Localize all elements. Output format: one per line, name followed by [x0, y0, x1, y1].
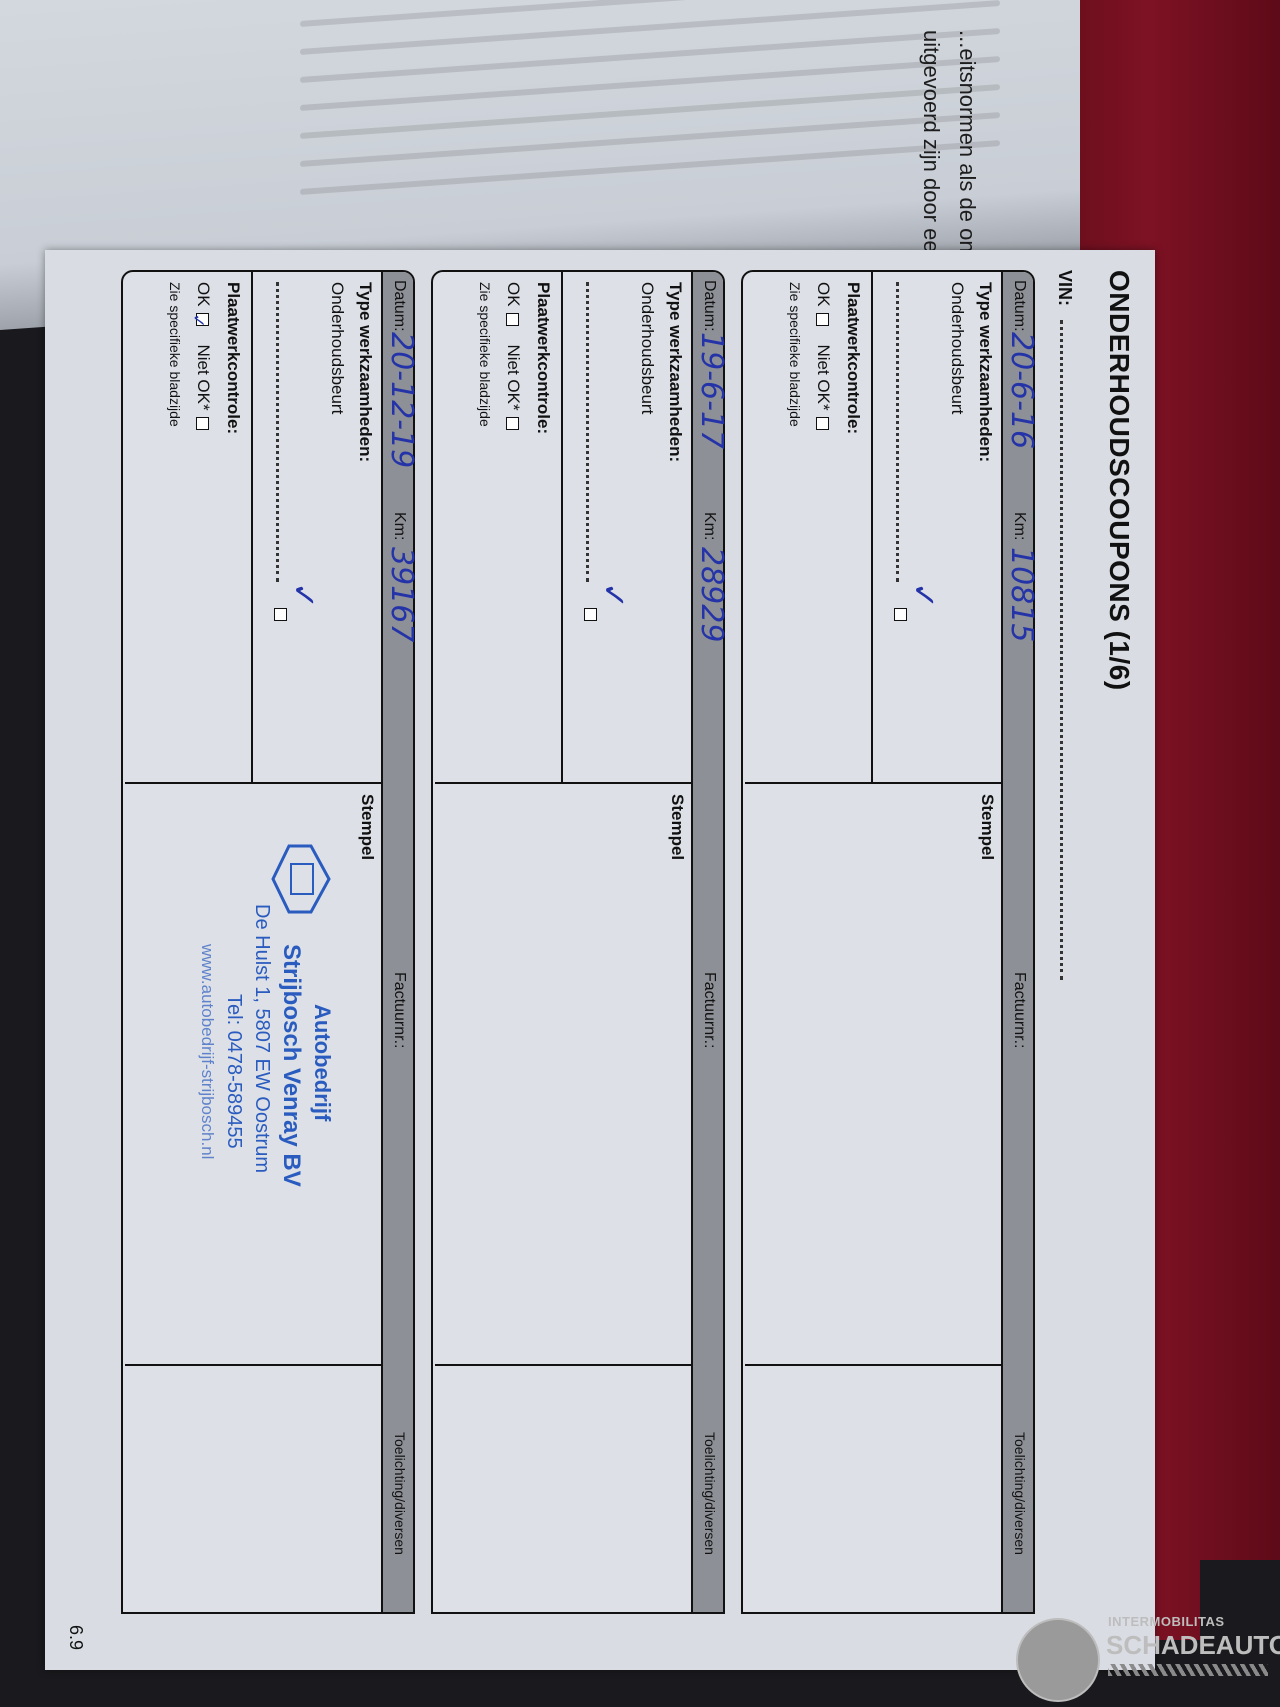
- work-type-section: Type werkzaamheden: Onderhoudsbeurt ✓ Pl…: [745, 272, 1001, 784]
- vin-field[interactable]: [1060, 320, 1063, 980]
- datum-value: 19-6-17: [694, 332, 729, 449]
- niet-ok-checkbox[interactable]: [506, 417, 519, 430]
- km-value: 28929: [694, 547, 729, 642]
- coupon-2: Datum: 19-6-17 Km: 28929 Factuurnr.: Toe…: [431, 270, 725, 1614]
- ok-checkbox[interactable]: [506, 313, 519, 326]
- stamp-area: Stempel: [435, 784, 691, 1366]
- dealer-logo-icon: [271, 844, 331, 914]
- onderhoudsbeurt-label: Onderhoudsbeurt: [947, 282, 967, 414]
- notes-area: [125, 1366, 381, 1612]
- maintenance-page: ONDERHOUDSCOUPONS (1/6) VIN: Datum: 20-6…: [45, 250, 1155, 1670]
- niet-ok-checkbox[interactable]: [816, 417, 829, 430]
- page-title: ONDERHOUDSCOUPONS (1/6): [1103, 270, 1135, 691]
- other-checkbox[interactable]: [584, 608, 597, 621]
- stamp-area: Stempel Autobedrijf Strijbosch Venray BV…: [125, 784, 381, 1366]
- watermark: INTERMOBILITAS SCHADEAUTOS.NL: [1000, 1610, 1280, 1700]
- coupon-3: Datum: 20-12-19 Km: 39167 Factuurnr.: To…: [121, 270, 415, 1614]
- km-value: 39167: [384, 547, 419, 642]
- checkmark-icon: ✓: [285, 582, 323, 609]
- other-checkbox[interactable]: [274, 608, 287, 621]
- coupon-header: Datum: 20-12-19 Km: 39167 Factuurnr.: To…: [381, 272, 413, 1612]
- notes-area: [745, 1366, 1001, 1612]
- other-checkbox[interactable]: [894, 608, 907, 621]
- coupon-1: Datum: 20-6-16 Km: 10815 Factuurnr.: Toe…: [741, 270, 1035, 1614]
- vin-label: VIN:: [1054, 270, 1075, 306]
- datum-value: 20-6-16: [1004, 332, 1039, 449]
- checkmark-icon: ✓: [595, 582, 633, 609]
- coupon-header: Datum: 19-6-17 Km: 28929 Factuurnr.: Toe…: [691, 272, 723, 1612]
- page-number: 6.9: [65, 1625, 86, 1650]
- globe-icon: [1016, 1618, 1100, 1702]
- km-value: 10815: [1004, 547, 1039, 642]
- faded-text: [300, 0, 1000, 279]
- datum-value: 20-12-19: [384, 332, 419, 468]
- checkmark-icon: ✓: [905, 582, 943, 609]
- notes-area: [435, 1366, 691, 1612]
- ok-checkbox[interactable]: ✓: [196, 313, 209, 326]
- niet-ok-checkbox[interactable]: [196, 417, 209, 430]
- work-type-section: Type werkzaamheden: Onderhoudsbeurt ✓ Pl…: [435, 272, 691, 784]
- stamp-area: Stempel: [745, 784, 1001, 1366]
- coupon-header: Datum: 20-6-16 Km: 10815 Factuurnr.: Toe…: [1001, 272, 1033, 1612]
- ok-checkbox[interactable]: [816, 313, 829, 326]
- work-type-section: Type werkzaamheden: Onderhoudsbeurt ✓ Pl…: [125, 272, 381, 784]
